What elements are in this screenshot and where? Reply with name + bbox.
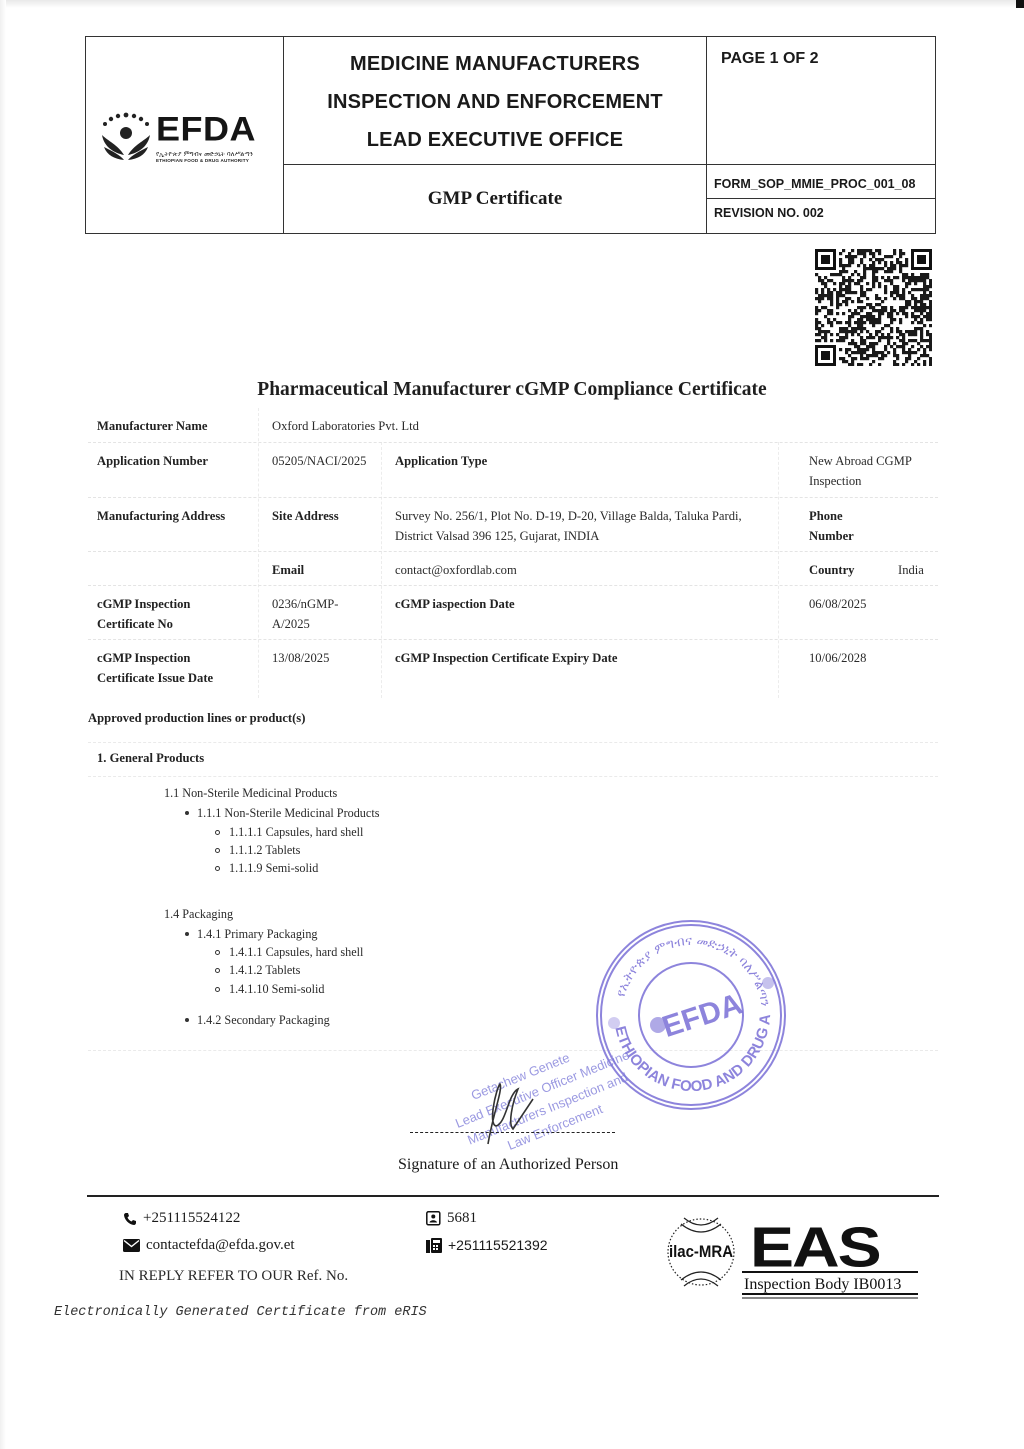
circle-bullet-icon [215, 830, 220, 835]
application-type-value: New Abroad CGMP Inspection [809, 451, 929, 491]
application-number-value: 05205/NACI/2025 [272, 451, 366, 471]
subgroup-title: 1.4.1 Primary Packaging [185, 927, 318, 942]
svg-text:Inspection Body IB0013: Inspection Body IB0013 [744, 1276, 901, 1293]
application-type-label: Application Type [395, 451, 487, 471]
product-category: 1. General Products [97, 751, 204, 766]
footer-fax: +251115521392 [426, 1237, 548, 1253]
circle-bullet-icon [215, 987, 220, 992]
certificate-no-value: 0236/nGMP-A/2025 [272, 594, 352, 634]
page-edge-shadow [0, 0, 1024, 8]
divider [88, 776, 938, 777]
office-line-2: INSPECTION AND ENFORCEMENT [327, 83, 663, 121]
application-number-label: Application Number [97, 451, 208, 471]
page-indicator: PAGE 1 OF 2 [707, 37, 935, 165]
product-item: 1.1.1.2 Tablets [215, 843, 300, 858]
form-info-cell: PAGE 1 OF 2 FORM_SOP_MMIE_PROC_001_08 RE… [707, 37, 935, 233]
manufacturer-name-value: Oxford Laboratories Pvt. Ltd [272, 416, 419, 436]
office-line-1: MEDICINE MANUFACTURERS [350, 45, 640, 83]
page-left-edge [0, 0, 6, 1449]
group-title: 1.4 Packaging [164, 907, 233, 922]
bullet-icon [185, 1018, 189, 1022]
bullet-icon [185, 932, 189, 936]
manufacturing-address-label: Manufacturing Address [97, 506, 225, 526]
form-code: FORM_SOP_MMIE_PROC_001_08 [707, 165, 935, 199]
product-item: 1.1.1.9 Semi-solid [215, 861, 318, 876]
qr-code-icon[interactable] [815, 249, 932, 366]
divider [88, 742, 938, 743]
subgroup-title: 1.1.1 Non-Sterile Medicinal Products [185, 806, 379, 821]
document-header: EFDA የኢትዮጵያ ምግብና መድኃኒት ባለሥልጣን ETHIOPIAN … [85, 36, 936, 234]
po-box-icon [426, 1211, 441, 1226]
reference-note: IN REPLY REFER TO OUR Ref. No. [119, 1268, 348, 1285]
subgroup-title: 1.4.2 Secondary Packaging [185, 1013, 330, 1028]
phone-icon [123, 1212, 137, 1226]
row-issue-date: cGMP Inspection Certificate Issue Date 1… [88, 639, 938, 695]
inspection-date-value: 06/08/2025 [809, 594, 866, 614]
inspection-date-label: cGMP iaspection Date [395, 594, 515, 614]
row-manufacturer-name: Manufacturer Name Oxford Laboratories Pv… [88, 408, 938, 442]
efda-emblem-icon [100, 111, 152, 161]
circle-bullet-icon [215, 968, 220, 973]
product-item: 1.4.1.1 Capsules, hard shell [215, 945, 363, 960]
group-title: 1.1 Non-Sterile Medicinal Products [164, 786, 337, 801]
office-line-3: LEAD EXECUTIVE OFFICE [367, 121, 623, 159]
revision-number: REVISION NO. 002 [707, 199, 935, 232]
efda-logo: EFDA የኢትዮጵያ ምግብና መድኃኒት ባለሥልጣን ETHIOPIAN … [100, 105, 272, 165]
footer-po-box: 5681 [426, 1210, 477, 1227]
email-label: Email [272, 560, 304, 580]
fax-icon [426, 1237, 442, 1253]
certificate-no-label: cGMP Inspection Certificate No [97, 594, 227, 634]
envelope-icon [123, 1239, 140, 1252]
svg-text:ilac-MRA: ilac-MRA [669, 1243, 733, 1261]
logo-acronym: EFDA [156, 112, 256, 146]
circle-bullet-icon [215, 848, 220, 853]
circle-bullet-icon [215, 950, 220, 955]
footer-phone: +251115524122 [123, 1210, 240, 1227]
issue-date-label: cGMP Inspection Certificate Issue Date [97, 648, 237, 688]
office-name: MEDICINE MANUFACTURERS INSPECTION AND EN… [284, 37, 706, 165]
svg-text:EFDA: EFDA [658, 987, 746, 1044]
row-certificate-no: cGMP Inspection Certificate No 0236/nGMP… [88, 585, 938, 639]
product-item: 1.4.1.2 Tablets [215, 963, 300, 978]
approved-products-heading: Approved production lines or product(s) [88, 711, 305, 726]
circle-bullet-icon [215, 866, 220, 871]
row-address: Manufacturing Address Site Address Surve… [88, 497, 938, 551]
logo-cell: EFDA የኢትዮጵያ ምግብና መድኃኒት ባለሥልጣን ETHIOPIAN … [86, 37, 284, 233]
scan-corner-mark [1016, 0, 1024, 8]
eas-logo-icon: EAS [750, 1216, 880, 1278]
phone-number-label: Phone Number [809, 506, 869, 546]
country-value: India [898, 560, 924, 580]
row-email: Email contact@oxfordlab.com Country Indi… [88, 551, 938, 585]
product-item: 1.1.1.1 Capsules, hard shell [215, 825, 363, 840]
issue-date-value: 13/08/2025 [272, 648, 329, 668]
generated-note: Electronically Generated Certificate fro… [54, 1305, 427, 1320]
certificate-title: Pharmaceutical Manufacturer cGMP Complia… [0, 379, 1024, 401]
expiry-date-label: cGMP Inspection Certificate Expiry Date [395, 648, 617, 668]
product-item: 1.4.1.10 Semi-solid [215, 982, 324, 997]
expiry-date-value: 10/06/2028 [809, 648, 866, 668]
svg-text:EAS: EAS [750, 1216, 880, 1278]
manufacturer-name-label: Manufacturer Name [97, 416, 207, 436]
signer-stamp-icon: Getachew Genete Lead Executive Officer M… [448, 1044, 638, 1154]
certificate-details: Manufacturer Name Oxford Laboratories Pv… [88, 408, 938, 695]
row-application: Application Number 05205/NACI/2025 Appli… [88, 442, 938, 497]
bullet-icon [185, 811, 189, 815]
site-address-value: Survey No. 256/1, Plot No. D-19, D-20, V… [395, 506, 780, 546]
footer-rule [87, 1195, 939, 1197]
country-label: Country [809, 560, 854, 580]
office-cell: MEDICINE MANUFACTURERS INSPECTION AND EN… [284, 37, 707, 233]
footer-email: contactefda@efda.gov.et [123, 1237, 295, 1254]
signature-line [410, 1132, 615, 1133]
email-value: contact@oxfordlab.com [395, 560, 517, 580]
signature-label: Signature of an Authorized Person [398, 1156, 618, 1174]
logo-english-name: ETHIOPIAN FOOD & DRUG AUTHORITY [156, 158, 249, 163]
document-type: GMP Certificate [284, 165, 706, 232]
accreditation-logos: ilac-MRA EAS Inspection Body IB0013 [666, 1202, 926, 1302]
site-address-label: Site Address [272, 506, 339, 526]
